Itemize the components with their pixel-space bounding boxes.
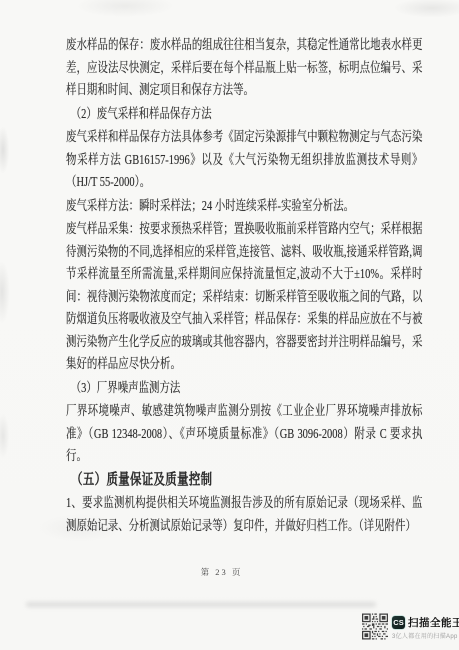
qr-code-icon — [362, 613, 388, 640]
heading-quality-assurance-control: （五）质量保证及质量控制 — [66, 469, 422, 492]
camscanner-logo-icon: CS — [392, 616, 405, 629]
subheading-boundary-noise-monitoring: （3）厂界噪声监测方法 — [66, 377, 422, 400]
para-original-records-requirement: 1、要求监测机构提供相关环境监测报告涉及的所有原始记录（现场采样、监测原始记录、… — [66, 492, 422, 537]
page-number: 第 23 页 — [0, 566, 451, 578]
watermark-brand-row: CS 扫描全能王 — [392, 615, 459, 630]
subheading-waste-gas-sampling-and-preservation: （2）废气采样和样品保存方法 — [66, 103, 422, 126]
scanned-document-page: 废水样品的保存：废水样品的组成往往相当复杂，其稳定性通常比地表水样更差，应设法尽… — [0, 0, 459, 650]
camscanner-tagline: 3亿人都在用的扫描App — [392, 631, 459, 640]
camscanner-watermark: CS 扫描全能王 3亿人都在用的扫描App — [362, 613, 459, 640]
document-body: 废水样品的保存：废水样品的组成往往相当复杂，其稳定性通常比地表水样更差，应设法尽… — [66, 34, 422, 538]
para-noise-monitoring-standards: 厂界环境噪声、敏感建筑物噪声监测分别按《工业企业厂界环境噪声排放标准》（GB 1… — [66, 400, 422, 468]
para-wastewater-sample-preservation: 废水样品的保存：废水样品的组成往往相当复杂，其稳定性通常比地表水样更差，应设法尽… — [66, 34, 422, 102]
watermark-text-block: CS 扫描全能王 3亿人都在用的扫描App — [392, 613, 459, 640]
paper-edge-shadow — [26, 602, 376, 607]
para-waste-gas-sample-collection: 废气样品采集：按要求预热采样管；置换吸收瓶前采样管路内空气；采样根据待测污染物的… — [66, 218, 422, 376]
camscanner-app-name: 扫描全能王 — [408, 615, 459, 630]
para-waste-gas-sampling-methods: 废气采样方法：瞬时采样法；24 小时连续采样-实验室分析法。 — [66, 195, 422, 218]
para-waste-gas-reference-standards: 废气采样和样品保存方法具体参考《固定污染源排气中颗粒物测定与气态污染物采样方法 … — [66, 126, 422, 194]
